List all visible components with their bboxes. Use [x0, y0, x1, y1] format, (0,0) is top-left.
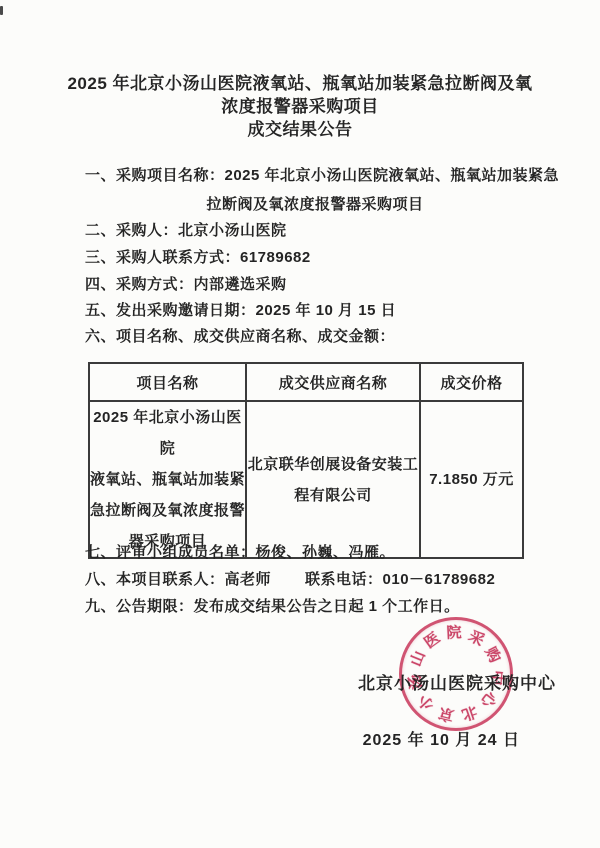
title-line-1: 2025 年北京小汤山医院液氧站、瓶氧站加装紧急拉断阀及氧	[40, 72, 560, 95]
item-project-name-continued: 拉断阀及氧浓度报警器采购项目	[85, 196, 545, 214]
issuer-signature: 北京小汤山医院采购中心	[358, 669, 556, 694]
contact-person-text: 八、本项目联系人：高老师	[85, 571, 271, 588]
table-header-row: 项目名称 成交供应商名称 成交价格	[89, 363, 523, 401]
seal-ring-character: 山	[404, 648, 429, 670]
header-award-price: 成交价格	[420, 363, 523, 401]
item-purchase-method: 四、采购方式：内部遴选采购	[85, 276, 545, 294]
item-invitation-date: 五、发出采购邀请日期：2025 年 10 月 15 日	[85, 302, 545, 320]
contact-phone-text: 联系电话：010－61789682	[305, 571, 495, 588]
seal-ring-character: 购	[481, 643, 507, 666]
item-announcement-period: 九、公告期限：发布成交结果公告之日起 1 个工作日。	[85, 598, 545, 616]
seal-ring-character: 院	[446, 621, 462, 643]
seal-ring-character: 北	[459, 701, 480, 726]
item-project-name: 一、采购项目名称：2025 年北京小汤山医院液氧站、瓶氧站加装紧急	[85, 167, 545, 185]
item-review-panel: 七、评审小组成员名单：杨俊、孙巍、冯雁。	[85, 544, 545, 562]
title-line-2: 浓度报警器采购项目	[40, 95, 560, 118]
seal-ring-character: 采	[465, 625, 488, 651]
title-line-3: 成交结果公告	[40, 118, 560, 141]
item-award-intro: 六、项目名称、成交供应商名称、成交金额：	[85, 328, 545, 346]
item-purchaser: 二、采购人：北京小汤山医院	[85, 222, 545, 240]
seal-ring-character: 小	[413, 690, 439, 715]
item-purchaser-contact: 三、采购人联系方式：61789682	[85, 249, 545, 267]
item-contact-person: 八、本项目联系人：高老师联系电话：010－61789682	[85, 571, 545, 589]
header-supplier-name: 成交供应商名称	[246, 363, 420, 401]
cell-project-name: 2025 年北京小汤山医院液氧站、瓶氧站加装紧急拉断阀及氧浓度报警器采购项目	[89, 401, 246, 558]
award-result-table: 项目名称 成交供应商名称 成交价格 2025 年北京小汤山医院液氧站、瓶氧站加装…	[88, 362, 524, 559]
cell-supplier-name: 北京联华创展设备安装工程有限公司	[246, 401, 420, 558]
cell-award-price: 7.1850 万元	[420, 401, 523, 558]
scan-artifact	[0, 6, 3, 15]
announcement-page: 2025 年北京小汤山医院液氧站、瓶氧站加装紧急拉断阀及氧 浓度报警器采购项目 …	[0, 0, 600, 848]
seal-ring-character: 医	[419, 627, 443, 653]
table-row: 2025 年北京小汤山医院液氧站、瓶氧站加装紧急拉断阀及氧浓度报警器采购项目 北…	[89, 401, 523, 558]
issue-date: 2025 年 10 月 24 日	[363, 727, 520, 750]
seal-ring-character: 京	[436, 703, 456, 727]
header-project-name: 项目名称	[89, 363, 246, 401]
document-title: 2025 年北京小汤山医院液氧站、瓶氧站加装紧急拉断阀及氧 浓度报警器采购项目 …	[40, 72, 560, 141]
